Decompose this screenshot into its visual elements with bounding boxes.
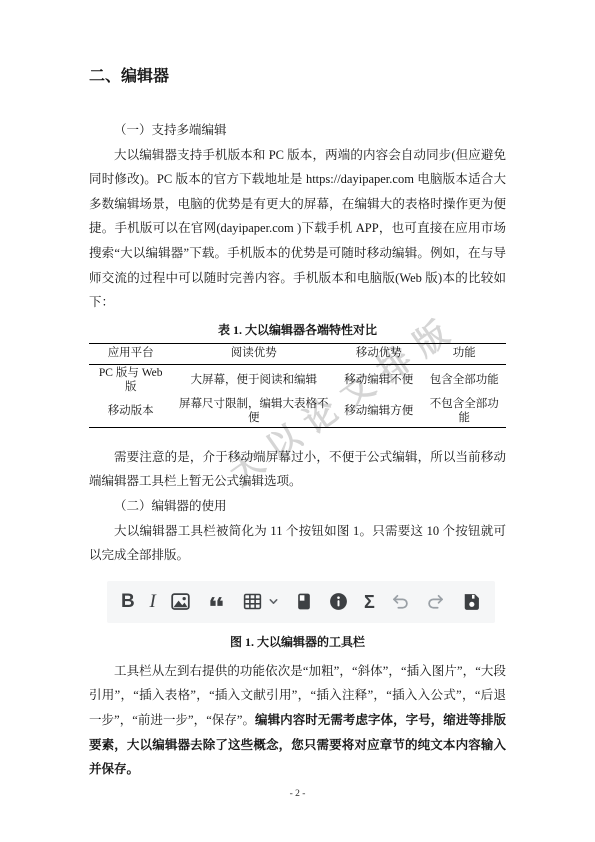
table-cell: 屏幕尺寸限制，编辑大表格不便 xyxy=(172,396,335,428)
save-icon xyxy=(461,592,481,612)
blockquote-icon xyxy=(206,591,227,612)
table-cell: 移动编辑不便 xyxy=(335,364,423,396)
paragraph-note: 需要注意的是，介于移动端屏幕过小，不便于公式编辑，所以当前移动端编辑器工具栏上暂… xyxy=(89,445,506,494)
subsection-title-2: （二）编辑器的使用 xyxy=(89,494,506,519)
table-cell: 包含全部功能 xyxy=(423,364,506,396)
undo-icon xyxy=(390,591,411,612)
paragraph-toolbar-functions: 工具栏从左到右提供的功能依次是“加粗”，“斜体”，“插入图片”，“大段引用”，“… xyxy=(89,659,506,782)
document-page: 大以论文排版 二、编辑器 （一）支持多端编辑 大以编辑器支持手机版本和 PC 版… xyxy=(0,0,595,842)
table-header-cell: 阅读优势 xyxy=(172,343,335,364)
figure-toolbar-image: B I xyxy=(107,581,495,623)
table-header-cell: 移动优势 xyxy=(335,343,423,364)
paragraph-multiplatform: 大以编辑器支持手机版本和 PC 版本，两端的内容会自动同步(但应避免同时修改)。… xyxy=(89,143,506,315)
document-content: 二、编辑器 （一）支持多端编辑 大以编辑器支持手机版本和 PC 版本，两端的内容… xyxy=(89,66,506,782)
bold-icon: B xyxy=(121,592,135,611)
page-number: - 2 - xyxy=(0,789,595,799)
section-heading: 二、编辑器 xyxy=(89,66,506,88)
table-header-row: 应用平台 阅读优势 移动优势 功能 xyxy=(89,343,506,364)
table-row: PC 版与 Web 版 大屏幕，便于阅读和编辑 移动编辑不便 包含全部功能 xyxy=(89,364,506,396)
paragraph-toolbar-intro: 大以编辑器工具栏被简化为 11 个按钮如图 1。只需要这 10 个按钮就可以完成… xyxy=(89,519,506,568)
insert-table-control xyxy=(242,591,279,612)
table-caption: 表 1. 大以编辑器各端特性对比 xyxy=(89,322,506,338)
figure-caption: 图 1. 大以编辑器的工具栏 xyxy=(89,634,506,650)
table-icon xyxy=(242,591,263,612)
citation-book-icon xyxy=(294,591,314,612)
subsection-title-1: （一）支持多端编辑 xyxy=(89,118,506,143)
table-cell: 移动编辑方便 xyxy=(335,396,423,428)
insert-image-icon xyxy=(170,591,191,612)
table-header-cell: 功能 xyxy=(423,343,506,364)
italic-icon: I xyxy=(149,592,155,611)
annotation-info-icon xyxy=(328,591,349,612)
redo-icon xyxy=(425,591,446,612)
table-header-cell: 应用平台 xyxy=(89,343,172,364)
formula-sigma-icon: Σ xyxy=(364,593,375,611)
table-row: 移动版本 屏幕尺寸限制，编辑大表格不便 移动编辑方便 不包含全部功能 xyxy=(89,396,506,428)
table-cell: 移动版本 xyxy=(89,396,172,428)
table-cell: PC 版与 Web 版 xyxy=(89,364,172,396)
comparison-table: 应用平台 阅读优势 移动优势 功能 PC 版与 Web 版 大屏幕，便于阅读和编… xyxy=(89,343,506,428)
table-cell: 大屏幕，便于阅读和编辑 xyxy=(172,364,335,396)
chevron-down-icon xyxy=(268,596,279,607)
table-cell: 不包含全部功能 xyxy=(423,396,506,428)
